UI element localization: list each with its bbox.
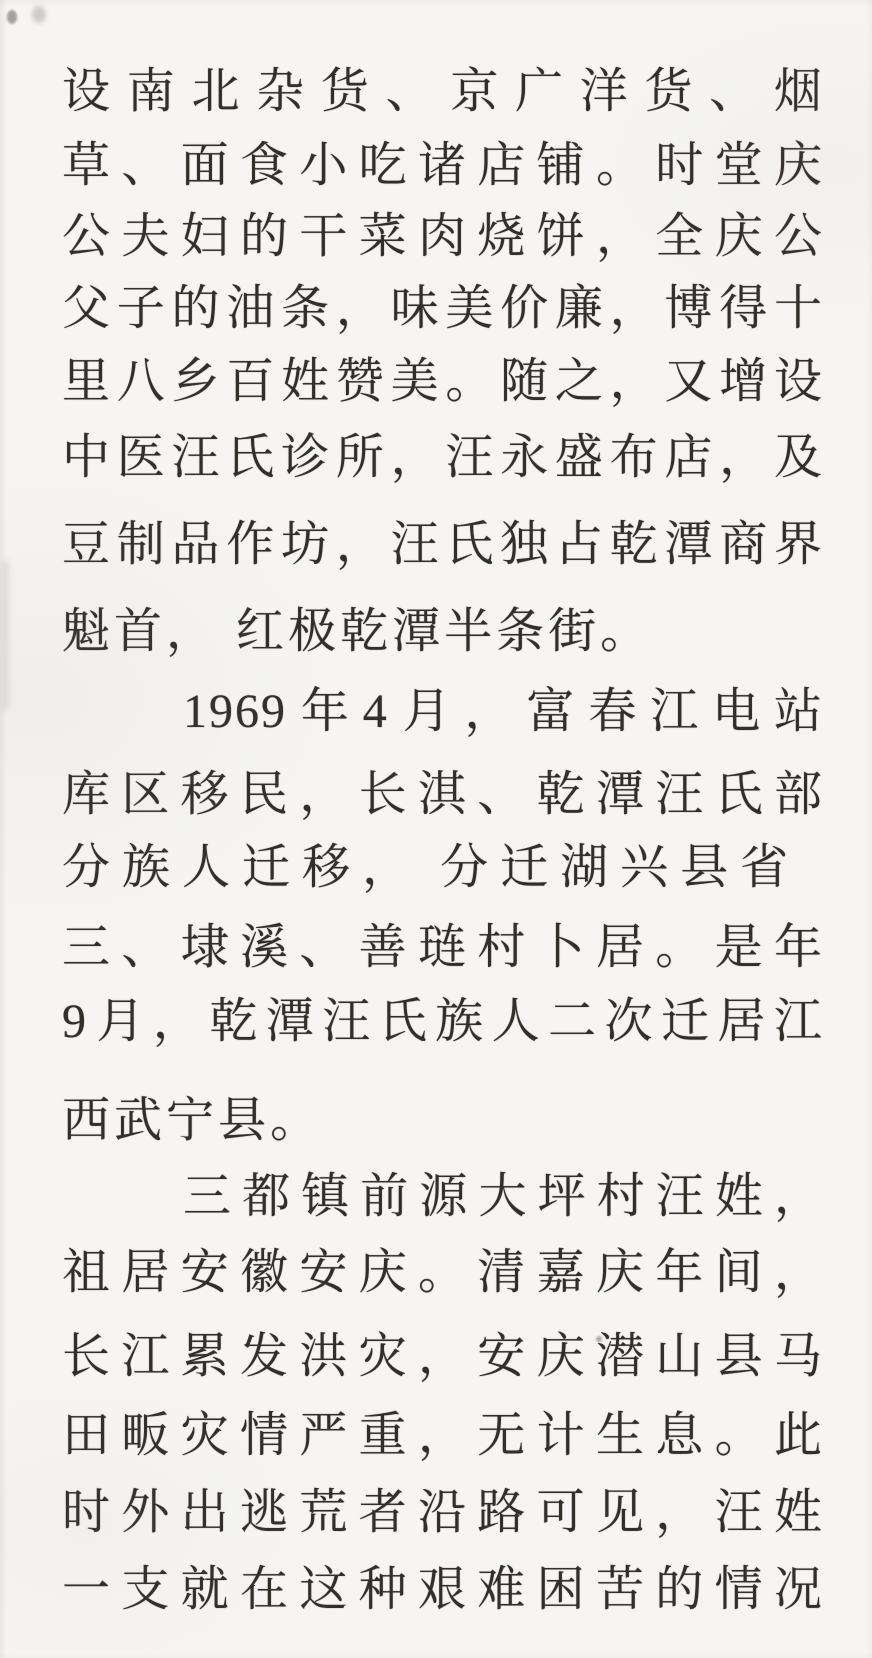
text-line-16: 祖居安徽安庆。清嘉庆年间， — [0, 1234, 872, 1312]
text-line-8: 魁首，红极乾潭半条街。 — [0, 593, 872, 671]
text-line-7: 豆制品作坊，汪氏独占乾潭商界 — [0, 506, 872, 584]
text-line-5: 里八乡百姓赞美。随之，又增设 — [0, 343, 872, 421]
text-line-17: 长江累发洪灾，安庆潜山县马 — [0, 1318, 872, 1396]
text-line-3: 公夫妇的干菜肉烧饼，全庆公 — [0, 198, 872, 276]
text-line-4: 父子的油条，味美价廉，博得十 — [0, 270, 872, 348]
scanned-page: 设南北杂货、京广洋货、烟草、面食小吃诸店铺。时堂庆公夫妇的干菜肉烧饼，全庆公父子… — [0, 0, 872, 1658]
text-line-12: 三、埭溪、善琏村卜居。是年 — [0, 909, 872, 987]
text-line-1: 设南北杂货、京广洋货、烟 — [0, 53, 872, 131]
text-line-2: 草、面食小吃诸店铺。时堂庆 — [0, 127, 872, 205]
text-line-14: 西武宁县。 — [0, 1082, 872, 1160]
text-line-13: 9月，乾潭汪氏族人二次迁居江 — [0, 983, 872, 1061]
text-line-9: 1969年4月，富春江电站 — [0, 673, 872, 751]
text-line-18: 田畈灾情严重，无计生息。此 — [0, 1397, 872, 1475]
text-line-11: 分族人迁移，分迁湖兴县省 — [0, 829, 872, 907]
page-text: 设南北杂货、京广洋货、烟草、面食小吃诸店铺。时堂庆公夫妇的干菜肉烧饼，全庆公父子… — [0, 0, 872, 1658]
text-line-10: 库区移民，长淇、乾潭汪氏部 — [0, 756, 872, 834]
text-line-15: 三都镇前源大坪村汪姓， — [0, 1158, 872, 1236]
text-line-6: 中医汪氏诊所，汪永盛布店，及 — [0, 419, 872, 497]
text-line-20: 一支就在这种艰难困苦的情况 — [0, 1551, 872, 1629]
text-line-19: 时外出逃荒者沿路可见，汪姓 — [0, 1474, 872, 1552]
